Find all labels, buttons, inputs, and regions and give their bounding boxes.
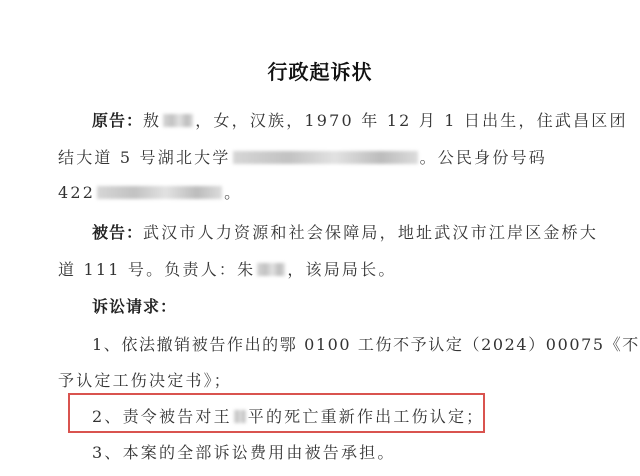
plaintiff-info: ，女，汉族，1970 年 12 月 1 日出生，住武昌区团	[195, 111, 628, 130]
plaintiff-line-3: 422。	[58, 180, 242, 203]
plaintiff-address: 结大道 5 号湖北大学	[58, 148, 231, 167]
claim-1-line-1: 1、依法撤销被告作出的鄂 0100 工伤不予认定（2024）00075《不	[92, 332, 640, 355]
plaintiff-line-1: 原告：敖，女，汉族，1970 年 12 月 1 日出生，住武昌区团	[92, 108, 628, 131]
plaintiff-label: 原告：	[92, 111, 143, 130]
claim-3: 3、本案的全部诉讼费用由被告承担。	[92, 440, 396, 463]
document-title: 行政起诉状	[0, 56, 640, 85]
defendant-line-1: 被告：武汉市人力资源和社会保障局，地址武汉市江岸区金桥大	[92, 220, 598, 243]
defendant-info: 武汉市人力资源和社会保障局，地址武汉市江岸区金桥大	[143, 223, 598, 242]
plaintiff-id-label: 。公民身份号码	[420, 148, 547, 167]
redacted-id	[97, 186, 222, 199]
defendant-label: 被告：	[92, 223, 143, 242]
defendant-title: ，该局局长。	[287, 260, 396, 279]
claims-heading: 诉讼请求：	[92, 297, 177, 316]
plaintiff-id-prefix: 422	[58, 183, 95, 202]
redacted-name	[234, 410, 246, 423]
claim-2-prefix: 2、责令被告对王	[92, 407, 232, 426]
claim-1-line-2: 予认定工伤决定书》；	[58, 368, 232, 391]
period: 。	[224, 183, 242, 202]
redacted-name	[257, 263, 285, 276]
plaintiff-line-2: 结大道 5 号湖北大学。公民身份号码	[58, 145, 547, 168]
claim-2: 2、责令被告对王平的死亡重新作出工伤认定；	[92, 404, 484, 427]
defendant-line-2: 道 111 号。负责人：朱，该局局长。	[58, 257, 397, 280]
claim-2-suffix: 平的死亡重新作出工伤认定；	[248, 407, 485, 426]
claims-heading-line: 诉讼请求：	[92, 294, 177, 317]
plaintiff-name: 敖	[143, 111, 161, 130]
redacted-address	[233, 151, 418, 164]
defendant-address: 道 111 号。负责人：朱	[58, 260, 255, 279]
redacted-name	[163, 114, 193, 127]
document-page: 行政起诉状 原告：敖，女，汉族，1970 年 12 月 1 日出生，住武昌区团 …	[0, 0, 640, 476]
